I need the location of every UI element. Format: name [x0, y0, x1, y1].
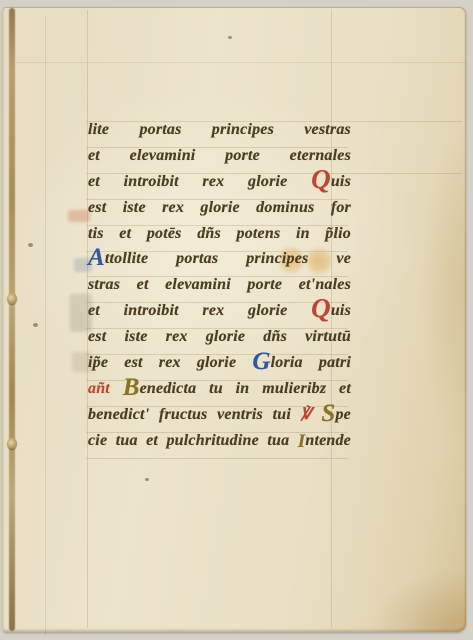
text-line: cie tua et pulchritudine tua Intende [88, 428, 351, 454]
text-segment: benedict' fructus ventris tui [88, 406, 301, 423]
ink-speck [228, 36, 232, 39]
text-segment: est iste rex glorie dominus for [88, 199, 351, 216]
text-segment: lite portas principes vestras [88, 121, 351, 138]
stitch-knot [7, 293, 17, 304]
offset-ink-ghost [68, 210, 90, 222]
photo-background: lite portas principes vestraset elevamin… [0, 0, 473, 640]
text-line: et introibit rex glorie Quis [88, 298, 351, 324]
text-line: añt Benedicta tu in mulieribz et [88, 376, 351, 402]
illuminated-initial: B [123, 374, 140, 401]
text-segment: ip̃e est rex glorie [88, 354, 252, 371]
text-line: ip̃e est rex glorie Gloria patri [88, 350, 351, 376]
text-segment: uis [331, 302, 351, 319]
text-segment: stras et elevamini porte et'nales [88, 276, 351, 293]
text-segment: uis [331, 173, 351, 190]
illuminated-initial: Q [311, 293, 331, 323]
illuminated-initial: I [298, 431, 306, 452]
ruling-line [86, 458, 348, 459]
text-segment: et elevamini porte eternales [88, 147, 351, 164]
text-line: est iste rex glorie dñs virtutū [88, 324, 351, 350]
illuminated-initial: G [252, 348, 270, 375]
text-line: benedict' fructus ventris tui ℣ Spe [88, 402, 351, 428]
text-segment: enedicta tu in mulieribz et [140, 380, 351, 397]
text-segment: ttollite portas principes ve [105, 250, 351, 267]
text-line: tis et potēs dñs potens in p̃lio [88, 221, 351, 247]
text-segment: ℣ [301, 406, 322, 423]
stitch-knot [7, 438, 17, 449]
text-line: et introibit rex glorie Quis [88, 169, 351, 195]
ink-speck [33, 323, 38, 327]
text-segment: tis et potēs dñs potens in p̃lio [88, 225, 351, 242]
text-line: lite portas principes vestras [88, 117, 351, 143]
text-segment: et introibit rex glorie [88, 302, 311, 319]
illuminated-initial: S [321, 400, 335, 427]
horizontal-crease [17, 62, 467, 63]
text-segment: ntende [305, 432, 351, 449]
text-line: Attollite portas principes ve [88, 246, 351, 272]
text-segment: pe [335, 406, 351, 423]
text-segment: et introibit rex glorie [88, 173, 311, 190]
text-segment: añt [88, 380, 123, 397]
binding-fold [9, 8, 15, 631]
text-segment: est iste rex glorie dñs virtutū [88, 328, 351, 345]
text-segment: cie tua et pulchritudine tua [88, 432, 298, 449]
ink-speck [145, 478, 149, 481]
text-block: lite portas principes vestraset elevamin… [88, 117, 351, 454]
illuminated-initial: A [88, 244, 105, 271]
text-line: est iste rex glorie dominus for [88, 195, 351, 221]
illuminated-initial: Q [311, 164, 331, 194]
vertical-crease [45, 16, 46, 636]
ink-speck [28, 243, 33, 247]
text-segment: loria patri [271, 354, 351, 371]
